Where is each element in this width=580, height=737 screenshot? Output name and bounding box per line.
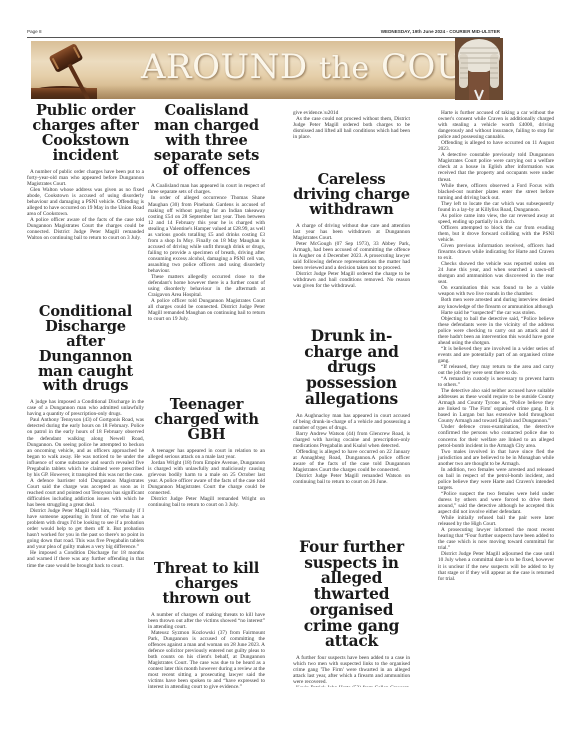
article-four-further-suspects: Four further suspects in alleged thwarte… <box>293 540 410 687</box>
paragraph: District Judge Peter Magill adjourned th… <box>438 551 554 581</box>
paragraph: Under defence cross-examination, the det… <box>438 424 554 448</box>
paragraph: A number of public order charges have be… <box>27 169 144 187</box>
paragraph: Checks showed the vehicle was reported s… <box>438 261 554 285</box>
paragraph: These matters allegedly occurred close t… <box>148 274 265 298</box>
paragraph: Offending is alleged to have occurred on… <box>438 140 554 152</box>
article-coalisland: Coalisland man charged with three separa… <box>148 104 265 322</box>
page-header: Page 8 WEDNESDAY, 19th June 2024 - COURI… <box>27 29 500 38</box>
article-body: A Coalisland man has appeared in court i… <box>148 183 265 322</box>
column-2: Coalisland man charged with three separa… <box>148 104 265 322</box>
section-banner: AROUND the COURTS <box>31 41 484 99</box>
banner-title: AROUND the COURTS <box>141 47 484 87</box>
paragraph: District Judge Peter Magill remanded Wat… <box>293 473 410 485</box>
paragraph: District Judge Peter Magill told him, “N… <box>27 508 144 550</box>
column-2c: Threat to kill charges thrown out A numb… <box>148 562 265 704</box>
headline: Careless driving charge withdrawn <box>293 173 410 218</box>
judge-wig-icon <box>455 38 503 100</box>
paragraph: They left to locate the car which was su… <box>438 201 554 213</box>
headline: Teenager charged with GBH <box>148 398 265 443</box>
article-body: A judge has imposed a Conditional Discha… <box>27 399 144 568</box>
paragraph: “A remand in custody is necessary to pre… <box>438 376 554 388</box>
paragraph: A judge has imposed a Conditional Discha… <box>27 399 144 417</box>
headline: Four further suspects in alleged thwarte… <box>293 540 410 650</box>
paragraph: As police came into view, the car revers… <box>438 213 554 225</box>
paragraph: A number of charges of making threats to… <box>148 612 265 630</box>
banner-shade <box>31 85 484 99</box>
paragraph: Harte is further accused of taking a car… <box>438 110 554 140</box>
article-body: An Aughnacloy man has appeared in court … <box>293 413 410 486</box>
article-threat-to-kill: Threat to kill charges thrown out A numb… <box>148 562 265 704</box>
paragraph: A Coalisland man has appeared in court i… <box>148 183 265 195</box>
column-3c: Drunk in-charge and drugs possession all… <box>293 329 410 485</box>
column-1b: Conditional Discharge after Dungannon ma… <box>27 305 144 569</box>
article-conditional-discharge: Conditional Discharge after Dungannon ma… <box>27 305 144 569</box>
article-body: A teenager has appeared in court in rela… <box>148 448 265 508</box>
paragraph: District Judge Peter Magill remanded Wri… <box>148 496 265 508</box>
paragraph: Glen Walton whose address was given as n… <box>27 187 144 217</box>
paragraph: Objecting to bail the detective said, “P… <box>438 316 554 346</box>
paragraph: While there, officers observed a Ford Fo… <box>438 183 554 201</box>
paragraph: Offending is alleged to have occurred on… <box>293 449 410 473</box>
paragraph: A police officer aware of the facts of t… <box>27 217 144 241</box>
paragraph: Officers attempted to block the car from… <box>438 225 554 243</box>
paragraph: As the case could not proceed without th… <box>293 116 410 140</box>
paragraph: A police officer told Dungannon Magistra… <box>148 298 265 322</box>
paragraph: He imposed a Condition Discharge for 18 … <box>27 550 144 568</box>
paragraph: A further four suspects have been added … <box>293 655 410 685</box>
paragraph: On examination this was found to be a vi… <box>438 285 554 297</box>
paragraph: “If released, they may return to the are… <box>438 364 554 376</box>
page-number: Page 8 <box>27 29 42 34</box>
headline: Drunk in-charge and drugs possession all… <box>293 329 410 408</box>
paragraph: An Aughnacloy man has appeared in court … <box>293 413 410 431</box>
headline: Threat to kill charges thrown out <box>148 562 265 607</box>
column-3: give evidence.\u201d As the case could n… <box>293 110 410 140</box>
article-careless-driving: Careless driving charge withdrawn A char… <box>293 173 410 289</box>
headline: Coalisland man charged with three separa… <box>148 104 265 178</box>
paragraph: In order of alleged occurrence Thomas Sh… <box>148 195 265 274</box>
paragraph: Given previous information received, off… <box>438 243 554 261</box>
column-2b: Teenager charged with GBH A teenager has… <box>148 398 265 508</box>
paragraph: Jordan Wright (18) from Empire Avenue, D… <box>148 460 265 496</box>
paragraph: A defence barrister told Dungannon Magis… <box>27 478 144 508</box>
article-body: A charge of driving without due care and… <box>293 223 410 290</box>
article-continuation: Harte is further accused of taking a car… <box>438 110 554 582</box>
paragraph: While initially refused bail the pair we… <box>438 515 554 527</box>
paragraph: A prosecuting lawyer informed the most r… <box>438 527 554 551</box>
paragraph: A charge of driving without due care and… <box>293 223 410 241</box>
column-4: Harte is further accused of taking a car… <box>438 110 554 582</box>
paragraph: In addition, two females were arrested a… <box>438 467 554 491</box>
paragraph: A detective constable previously told Du… <box>438 152 554 182</box>
article-continuation: give evidence.\u201d As the case could n… <box>293 110 410 140</box>
paragraph: Barry Andrew Watson (44) from Glencrew R… <box>293 431 410 449</box>
column-3d: Four further suspects in alleged thwarte… <box>293 540 410 687</box>
paragraph: Two males involved in that have since fl… <box>438 449 554 467</box>
paragraph: District Judge Peter Magill ordered the … <box>293 271 410 289</box>
article-drunk-in-charge: Drunk in-charge and drugs possession all… <box>293 329 410 485</box>
column-1: Public order charges after Cookstown inc… <box>27 104 144 241</box>
column-3b: Careless driving charge withdrawn A char… <box>293 173 410 289</box>
paragraph: Peter McGough (07 Sep 1973), 33 Abbey Pa… <box>293 241 410 271</box>
paragraph: A teenager has appeared in court in rela… <box>148 448 265 460</box>
paragraph: “Police suspect the two females were hel… <box>438 491 554 515</box>
article-public-order: Public order charges after Cookstown inc… <box>27 104 144 241</box>
paragraph: Mateusz Syzmon Kozlowski (37) from Fairm… <box>148 630 265 690</box>
paragraph: Both men were arrested and during interv… <box>438 297 554 309</box>
paragraph: The detective also said neither accused … <box>438 388 554 424</box>
dateline: WEDNESDAY, 19th June 2024 - COURIER MID-… <box>381 29 500 34</box>
headline: Public order charges after Cookstown inc… <box>27 104 144 164</box>
article-body: A number of charges of making threats to… <box>148 612 265 704</box>
article-body: A number of public order charges have be… <box>27 169 144 242</box>
paragraph: “It is believed they are involved in a w… <box>438 346 554 364</box>
article-teenager-gbh: Teenager charged with GBH A teenager has… <box>148 398 265 508</box>
article-body: A further four suspects have been added … <box>293 655 410 687</box>
paragraph: Paul Anthony Tennyson (43) of Gortgonis … <box>27 417 144 477</box>
paragraph: Kevin Patrick John Harte (53) from Calla… <box>293 685 410 687</box>
headline: Conditional Discharge after Dungannon ma… <box>27 305 144 394</box>
